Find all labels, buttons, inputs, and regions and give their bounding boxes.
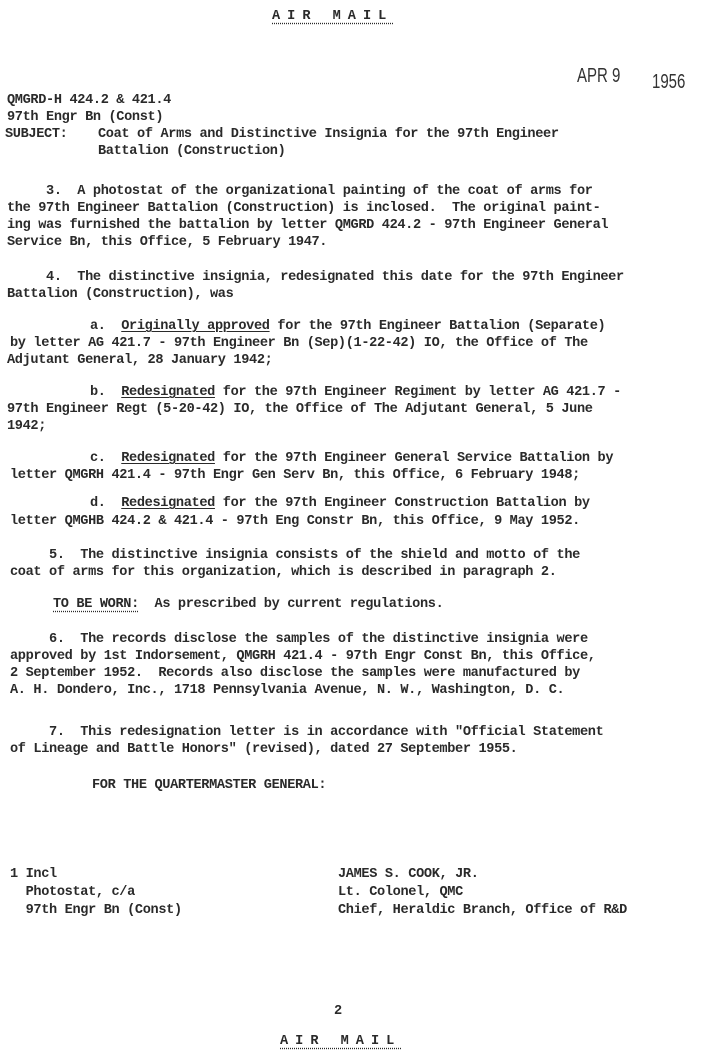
subparagraph-line: b. Redesignated for the 97th Engineer Re… (90, 384, 621, 402)
signature-title: Chief, Heraldic Branch, Office of R&D (338, 902, 627, 920)
underlined-phrase: Redesignated (121, 451, 215, 466)
paragraph-line: 2 September 1952. Records also disclose … (10, 665, 580, 683)
subparagraph-line: letter QMGRH 421.4 - 97th Engr Gen Serv … (10, 467, 580, 485)
paragraph-line: 7. This redesignation letter is in accor… (10, 724, 603, 742)
paragraph-line: coat of arms for this organization, whic… (10, 564, 557, 582)
paragraph-line: A. H. Dondero, Inc., 1718 Pennsylvania A… (10, 682, 564, 700)
enclosure-line: 1 Incl (10, 866, 57, 884)
paragraph-line: ing was furnished the battalion by lette… (7, 217, 608, 235)
subparagraph-line: c. Redesignated for the 97th Engineer Ge… (90, 450, 613, 468)
line-text: for the 97th Engineer Construction Batta… (215, 496, 590, 511)
paragraph-line: 4. The distinctive insignia, redesignate… (7, 269, 624, 287)
subparagraph-marker: b. (90, 385, 106, 400)
unit-designation: 97th Engr Bn (Const) (7, 109, 163, 127)
paragraph-line: 5. The distinctive insignia consists of … (10, 547, 580, 565)
for-the-quartermaster-general: FOR THE QUARTERMASTER GENERAL: (92, 777, 326, 795)
page-number: 2 (334, 1003, 342, 1021)
line-text: for the 97th Engineer Regiment by letter… (215, 385, 621, 400)
subject-line-1: Coat of Arms and Distinctive Insignia fo… (98, 126, 559, 144)
subparagraph-marker: a. (90, 319, 106, 334)
date-stamp-year: 1956 (652, 74, 685, 92)
subparagraph-line: by letter AG 421.7 - 97th Engineer Bn (S… (10, 335, 588, 353)
subparagraph-marker: c. (90, 451, 106, 466)
paragraph-line: Service Bn, this Office, 5 February 1947… (7, 234, 327, 252)
paragraph-line: 3. A photostat of the organizational pai… (7, 183, 593, 201)
paragraph-line: 6. The records disclose the samples of t… (10, 631, 588, 649)
file-reference: QMGRD-H 424.2 & 421.4 (7, 92, 171, 110)
enclosure-line: 97th Engr Bn (Const) (10, 902, 182, 920)
underlined-phrase: Redesignated (121, 385, 215, 400)
paragraph-line: of Lineage and Battle Honors" (revised),… (10, 741, 518, 759)
subparagraph-line: 1942; (7, 418, 46, 436)
date-stamp-month-day: APR 9 (577, 68, 620, 86)
subparagraph-marker: d. (90, 496, 106, 511)
enclosure-line: Photostat, c/a (10, 884, 135, 902)
signature-name: JAMES S. COOK, JR. (338, 866, 479, 884)
line-text: for the 97th Engineer Battalion (Separat… (270, 319, 606, 334)
to-be-worn-label: TO BE WORN: (53, 597, 139, 612)
to-be-worn-line: TO BE WORN: As prescribed by current reg… (53, 596, 443, 614)
underlined-phrase: Redesignated (121, 496, 215, 511)
paragraph-line: approved by 1st Indorsement, QMGRH 421.4… (10, 648, 596, 666)
subparagraph-line: letter QMGHB 424.2 & 421.4 - 97th Eng Co… (10, 513, 580, 531)
subparagraph-line: d. Redesignated for the 97th Engineer Co… (90, 495, 590, 513)
subparagraph-line: a. Originally approved for the 97th Engi… (90, 318, 605, 336)
line-text: for the 97th Engineer General Service Ba… (215, 451, 613, 466)
paragraph-line: Battalion (Construction), was (7, 286, 233, 304)
underlined-phrase: Originally approved (121, 319, 269, 334)
subject-label: SUBJECT: (5, 126, 67, 144)
subparagraph-line: 97th Engineer Regt (5-20-42) IO, the Off… (7, 401, 593, 419)
subject-line-2: Battalion (Construction) (98, 143, 285, 161)
signature-rank: Lt. Colonel, QMC (338, 884, 463, 902)
subparagraph-line: Adjutant General, 28 January 1942; (7, 352, 272, 370)
air-mail-footer: AIR MAIL (280, 1033, 401, 1051)
paragraph-line: the 97th Engineer Battalion (Constructio… (7, 200, 600, 218)
air-mail-header: AIR MAIL (272, 8, 393, 26)
to-be-worn-text: As prescribed by current regulations. (139, 597, 444, 612)
